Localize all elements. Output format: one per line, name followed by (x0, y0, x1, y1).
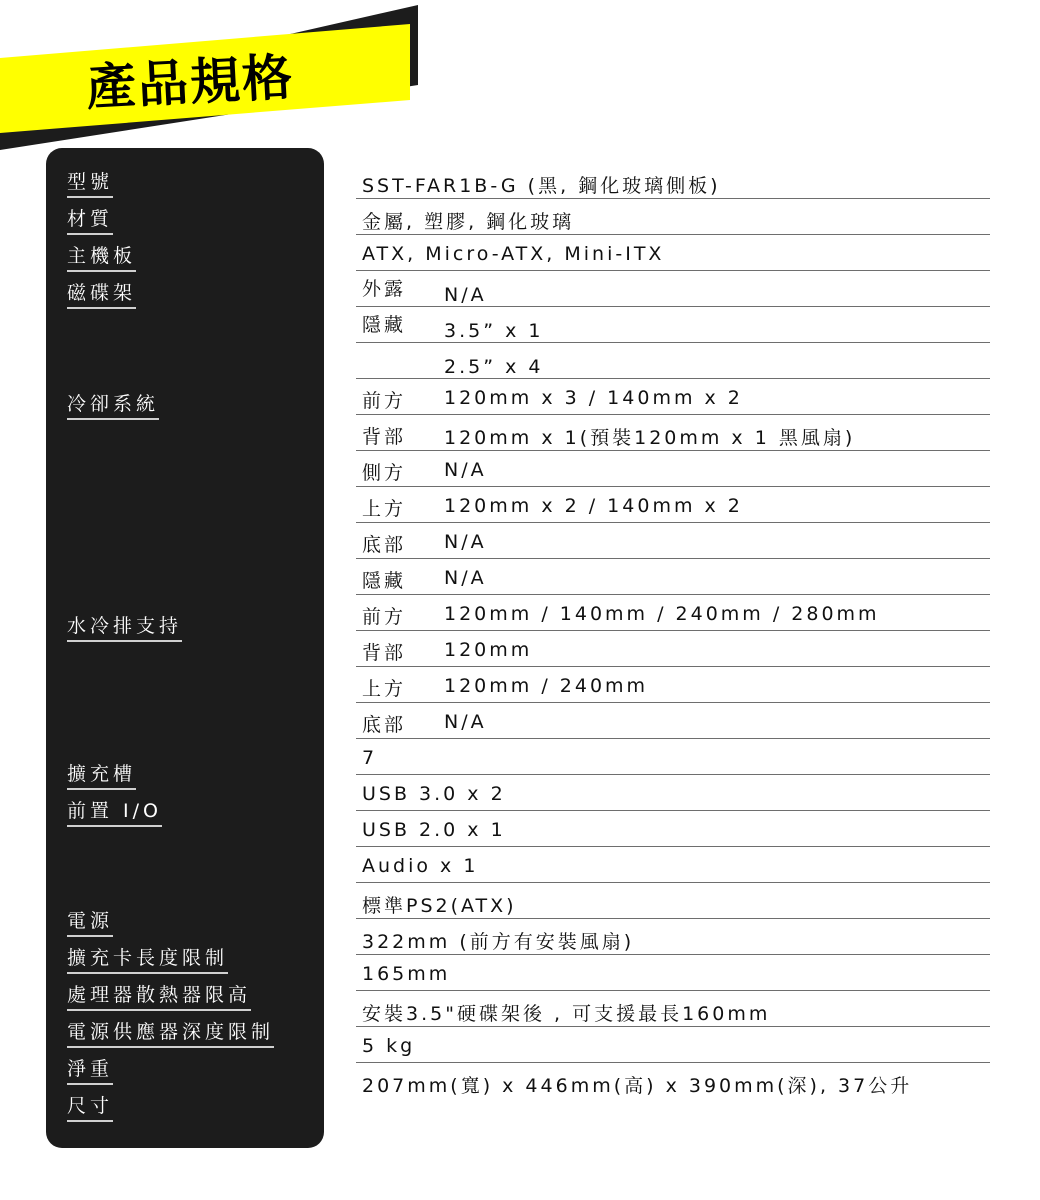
spec-value: 207mm(寬) x 446mm(高) x 390mm(深), 37公升 (362, 1071, 912, 1098)
spec-label: 前置 I/O (67, 799, 162, 827)
spec-value: 5 kg (362, 1035, 415, 1057)
spec-value: 標準PS2(ATX) (362, 891, 517, 918)
spec-row: 背部120mm x 1(預裝120mm x 1 黑風扇) (356, 415, 990, 451)
spec-sub-label: 底部 (362, 530, 406, 557)
spec-value: USB 2.0 x 1 (362, 819, 506, 841)
spec-value: N/A (444, 711, 487, 733)
spec-label: 材質 (67, 207, 113, 235)
spec-sub-label: 前方 (362, 602, 406, 629)
spec-value: 120mm / 240mm (444, 675, 648, 697)
spec-label: 電源供應器深度限制 (67, 1020, 274, 1048)
spec-row: Audio x 1 (356, 847, 990, 883)
spec-row: 側方N/A (356, 451, 990, 487)
spec-row: 322mm (前方有安裝風扇) (356, 919, 990, 955)
spec-value: Audio x 1 (362, 855, 478, 877)
spec-row: ATX, Micro-ATX, Mini-ITX (356, 235, 990, 271)
spec-value: ATX, Micro-ATX, Mini-ITX (362, 243, 664, 265)
spec-sub-label: 背部 (362, 638, 406, 665)
spec-value: 2.5” x 4 (444, 356, 543, 378)
spec-value: N/A (444, 567, 487, 589)
page-title: 產品規格 (84, 37, 295, 120)
spec-label: 電源 (67, 909, 113, 937)
spec-label: 淨重 (67, 1057, 113, 1085)
spec-row: 隱藏3.5” x 1 (356, 307, 990, 343)
spec-sub-label: 上方 (362, 494, 406, 521)
spec-row: 隱藏N/A (356, 559, 990, 595)
spec-value: SST-FAR1B-G (黑, 鋼化玻璃側板) (362, 171, 721, 198)
spec-row: 上方120mm / 240mm (356, 667, 990, 703)
spec-label: 水冷排支持 (67, 614, 182, 642)
spec-value: 120mm x 3 / 140mm x 2 (444, 387, 743, 409)
spec-row: 金屬, 塑膠, 鋼化玻璃 (356, 199, 990, 235)
spec-row: 底部N/A (356, 703, 990, 739)
spec-label: 型號 (67, 170, 113, 198)
spec-row: 2.5” x 4 (356, 343, 990, 379)
spec-sub-label: 背部 (362, 422, 406, 449)
spec-value: N/A (444, 459, 487, 481)
spec-value: N/A (444, 531, 487, 553)
spec-value: 120mm / 140mm / 240mm / 280mm (444, 603, 880, 625)
spec-value: 165mm (362, 963, 450, 985)
spec-row: 外露N/A (356, 271, 990, 307)
spec-row: 前方120mm x 3 / 140mm x 2 (356, 379, 990, 415)
spec-label: 擴充卡長度限制 (67, 946, 228, 974)
spec-label: 磁碟架 (67, 281, 136, 309)
spec-value: 金屬, 塑膠, 鋼化玻璃 (362, 207, 574, 234)
spec-row: 7 (356, 739, 990, 775)
spec-label: 主機板 (67, 244, 136, 272)
spec-value: 322mm (前方有安裝風扇) (362, 927, 634, 954)
title-banner: 產品規格 (0, 0, 440, 160)
spec-value: 120mm (444, 639, 532, 661)
spec-sub-label: 隱藏 (362, 310, 406, 337)
spec-row: 5 kg (356, 1027, 990, 1063)
spec-row: 背部120mm (356, 631, 990, 667)
spec-sub-label: 隱藏 (362, 566, 406, 593)
spec-sub-label: 側方 (362, 458, 406, 485)
spec-label: 擴充槽 (67, 762, 136, 790)
spec-value: USB 3.0 x 2 (362, 783, 506, 805)
spec-sub-label: 前方 (362, 386, 406, 413)
spec-value: 7 (362, 747, 377, 769)
spec-label-panel: 型號材質主機板磁碟架冷卻系統水冷排支持擴充槽前置 I/O電源擴充卡長度限制處理器… (46, 148, 324, 1148)
spec-label: 冷卻系統 (67, 392, 159, 420)
spec-row: 前方120mm / 140mm / 240mm / 280mm (356, 595, 990, 631)
spec-row: USB 3.0 x 2 (356, 775, 990, 811)
spec-row: 165mm (356, 955, 990, 991)
spec-value: 3.5” x 1 (444, 320, 543, 342)
spec-row: 底部N/A (356, 523, 990, 559)
spec-value: 120mm x 1(預裝120mm x 1 黑風扇) (444, 423, 855, 450)
spec-row: 標準PS2(ATX) (356, 883, 990, 919)
spec-value: 安裝3.5"硬碟架後 , 可支援最長160mm (362, 999, 770, 1026)
spec-label: 尺寸 (67, 1094, 113, 1122)
spec-row: 上方120mm x 2 / 140mm x 2 (356, 487, 990, 523)
spec-row: 安裝3.5"硬碟架後 , 可支援最長160mm (356, 991, 990, 1027)
spec-row: 207mm(寬) x 446mm(高) x 390mm(深), 37公升 (356, 1063, 990, 1099)
spec-sub-label: 上方 (362, 674, 406, 701)
spec-value-table: SST-FAR1B-G (黑, 鋼化玻璃側板)金屬, 塑膠, 鋼化玻璃ATX, … (356, 163, 990, 1099)
spec-label: 處理器散熱器限高 (67, 983, 251, 1011)
spec-value: N/A (444, 284, 487, 306)
spec-sub-label: 底部 (362, 710, 406, 737)
spec-sub-label: 外露 (362, 274, 406, 301)
spec-row: SST-FAR1B-G (黑, 鋼化玻璃側板) (356, 163, 990, 199)
spec-row: USB 2.0 x 1 (356, 811, 990, 847)
spec-value: 120mm x 2 / 140mm x 2 (444, 495, 743, 517)
